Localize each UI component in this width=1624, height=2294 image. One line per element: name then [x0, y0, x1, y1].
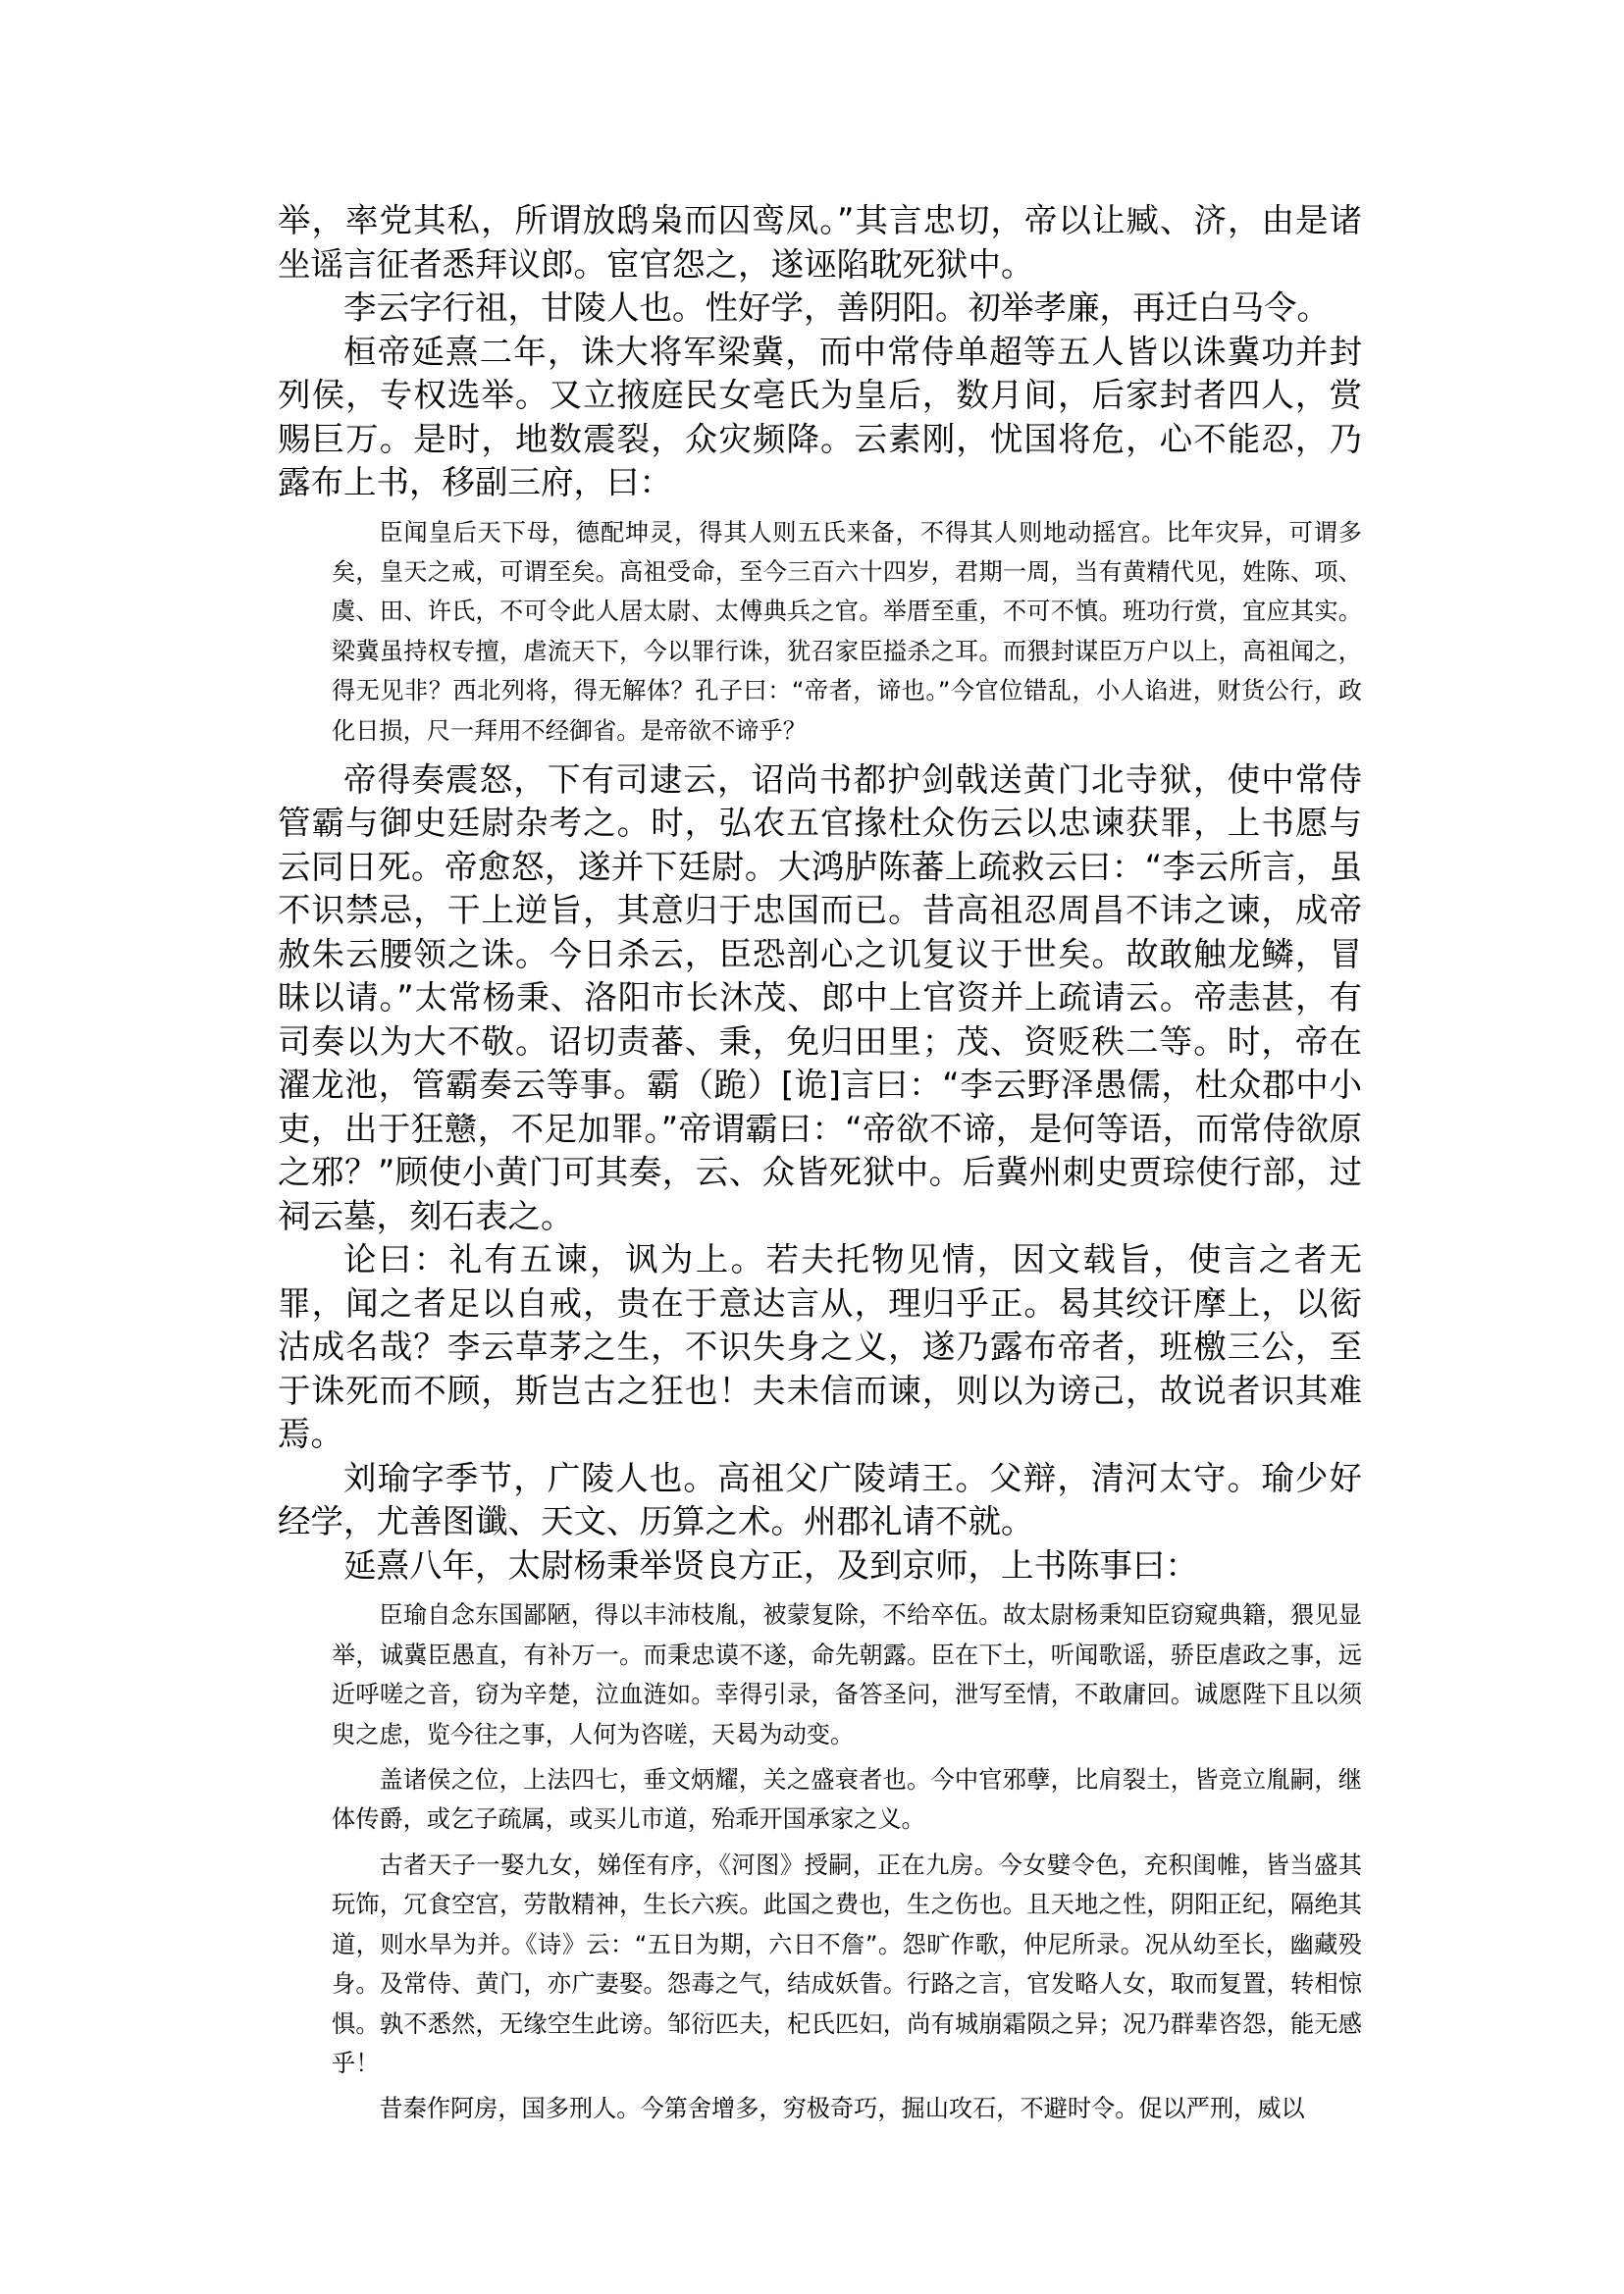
- memorial-paragraph: 臣闻皇后天下母，德配坤灵，得其人则五氏来备，不得其人则地动摇宫。比年灾异，可谓多…: [332, 513, 1362, 751]
- paragraph-li-yun-intro: 李云字行祖，甘陵人也。性好学，善阴阳。初举孝廉，再迁白马令。: [278, 287, 1362, 331]
- paragraph-yanxi-eight: 延熹八年，太尉杨秉举贤良方正，及到京师，上书陈事曰：: [278, 1544, 1362, 1589]
- memorial-paragraph: 昔秦作阿房，国多刑人。今第舍增多，穷极奇巧，掘山攻石，不避时令。促以严刑，威以: [332, 2089, 1362, 2128]
- memorial-liu-yu: 臣瑜自念东国鄙陋，得以丰沛枝胤，被蒙复除，不给卒伍。故太尉杨秉知臣窃窥典籍，猥见…: [332, 1595, 1362, 2128]
- paragraph-commentary: 论曰：礼有五谏，讽为上。若夫托物见情，因文载旨，使言之者无罪，闻之者足以自戒，贵…: [278, 1238, 1362, 1457]
- memorial-li-yun: 臣闻皇后天下母，德配坤灵，得其人则五氏来备，不得其人则地动摇宫。比年灾异，可谓多…: [332, 513, 1362, 751]
- memorial-paragraph: 臣瑜自念东国鄙陋，得以丰沛枝胤，被蒙复除，不给卒伍。故太尉杨秉知臣窃窥典籍，猥见…: [332, 1595, 1362, 1754]
- paragraph-continuation: 举，率党其私，所谓放鸱枭而囚鸾凤。”其言忠切，帝以让臧、济，由是诸坐谣言征者悉拜…: [278, 199, 1362, 287]
- memorial-paragraph: 盖诸侯之位，上法四七，垂文炳耀，关之盛衰者也。今中官邪孽，比肩裂土，皆竞立胤嗣，…: [332, 1760, 1362, 1840]
- document-page: 举，率党其私，所谓放鸱枭而囚鸾凤。”其言忠切，帝以让臧、济，由是诸坐谣言征者悉拜…: [278, 199, 1362, 2137]
- paragraph-huan-di: 桓帝延熹二年，诛大将军梁冀，而中常侍单超等五人皆以诛冀功并封列侯，专权选举。又立…: [278, 331, 1362, 505]
- paragraph-liu-yu-intro: 刘瑜字季节，广陵人也。高祖父广陵靖王。父辩，清河太守。瑜少好经学，尤善图谶、天文…: [278, 1457, 1362, 1544]
- memorial-paragraph: 古者天子一娶九女，娣侄有序，《河图》授嗣，正在九房。今女嬖令色，充积闺帷，皆当盛…: [332, 1846, 1362, 2083]
- paragraph-emperor-anger: 帝得奏震怒，下有司逮云，诏尚书都护剑戟送黄门北寺狱，使中常侍管霸与御史廷尉杂考之…: [278, 758, 1362, 1239]
